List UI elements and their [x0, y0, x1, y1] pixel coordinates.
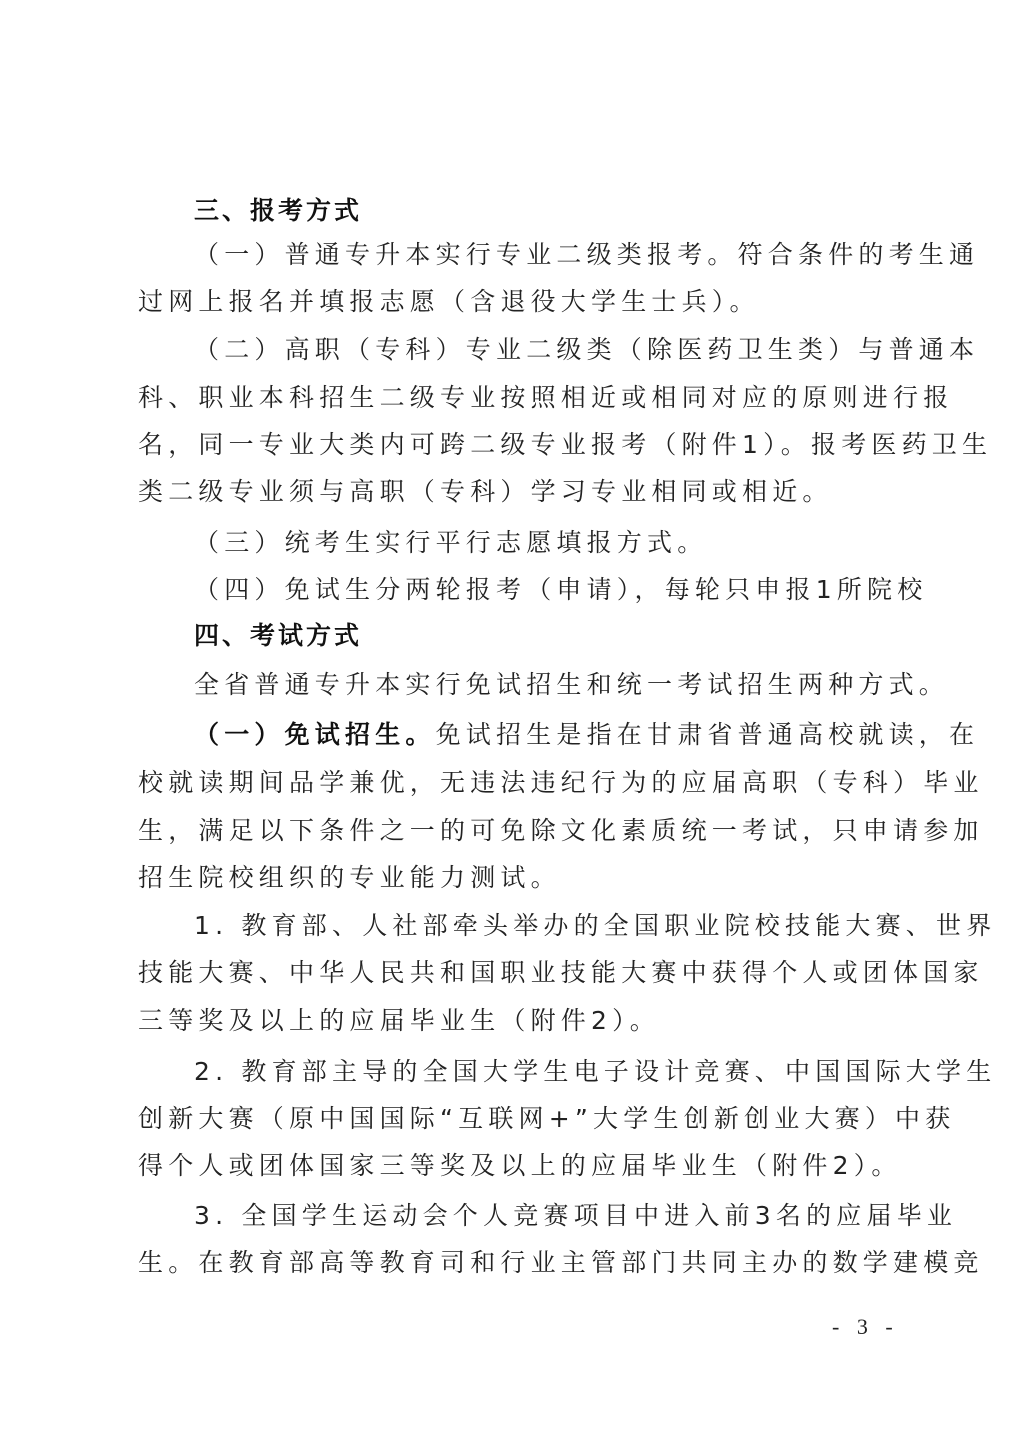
paragraph-line: （一）普通专升本实行专业二级类报考。符合条件的考生通 [194, 238, 979, 272]
paragraph-line: 3. 全国学生运动会个人竞赛项目中进入前3名的应届毕业 [194, 1199, 957, 1233]
paragraph-line: 生。在教育部高等教育司和行业主管部门共同主办的数学建模竞 [138, 1246, 984, 1280]
page-number: - 3 - [832, 1314, 899, 1340]
document-page: 三、报考方式 （一）普通专升本实行专业二级类报考。符合条件的考生通 过网上报名并… [0, 0, 1024, 1448]
paragraph-line: 全省普通专升本实行免试招生和统一考试招生两种方式。 [194, 668, 949, 702]
paragraph-line: （三）统考生实行平行志愿填报方式。 [194, 526, 707, 560]
paragraph-line: 技能大赛、中华人民共和国职业技能大赛中获得个人或团体国家 [138, 956, 984, 990]
paragraph-line: 科、职业本科招生二级专业按照相近或相同对应的原则进行报 [138, 381, 953, 415]
paragraph-line: 得个人或团体国家三等奖及以上的应届毕业生（附件2）。 [138, 1149, 902, 1183]
paragraph-text: 免试招生是指在甘肃省普通高校就读，在 [436, 720, 980, 749]
paragraph-line: 名，同一专业大类内可跨二级专业报考（附件1）。报考医药卫生 [138, 428, 992, 462]
paragraph-line: 招生院校组织的专业能力测试。 [138, 861, 561, 895]
paragraph-line: 类二级专业须与高职（专科）学习专业相同或相近。 [138, 475, 833, 509]
paragraph-line: （四）免试生分两轮报考（申请），每轮只申报1所院校 [194, 573, 927, 607]
exempt-admission-label: （一）免试招生。 [194, 720, 436, 749]
paragraph-line: 生，满足以下条件之一的可免除文化素质统一考试，只申请参加 [138, 814, 984, 848]
section-heading-registration-method: 三、报考方式 [194, 194, 362, 228]
paragraph-line: 2. 教育部主导的全国大学生电子设计竞赛、中国国际大学生 [194, 1055, 996, 1089]
paragraph-line: 三等奖及以上的应届毕业生（附件2）。 [138, 1004, 660, 1038]
section-heading-exam-method: 四、考试方式 [194, 619, 362, 653]
paragraph-line: 1. 教育部、人社部牵头举办的全国职业院校技能大赛、世界 [194, 909, 996, 943]
paragraph-line: 过网上报名并填报志愿（含退役大学生士兵）。 [138, 285, 760, 319]
paragraph-line: （一）免试招生。免试招生是指在甘肃省普通高校就读，在 [194, 718, 979, 752]
paragraph-line: 校就读期间品学兼优，无违法违纪行为的应届高职（专科）毕业 [138, 766, 984, 800]
paragraph-line: 创新大赛（原中国国际“互联网+”大学生创新创业大赛）中获 [138, 1102, 955, 1136]
paragraph-line: （二）高职（专科）专业二级类（除医药卫生类）与普通本 [194, 333, 979, 367]
